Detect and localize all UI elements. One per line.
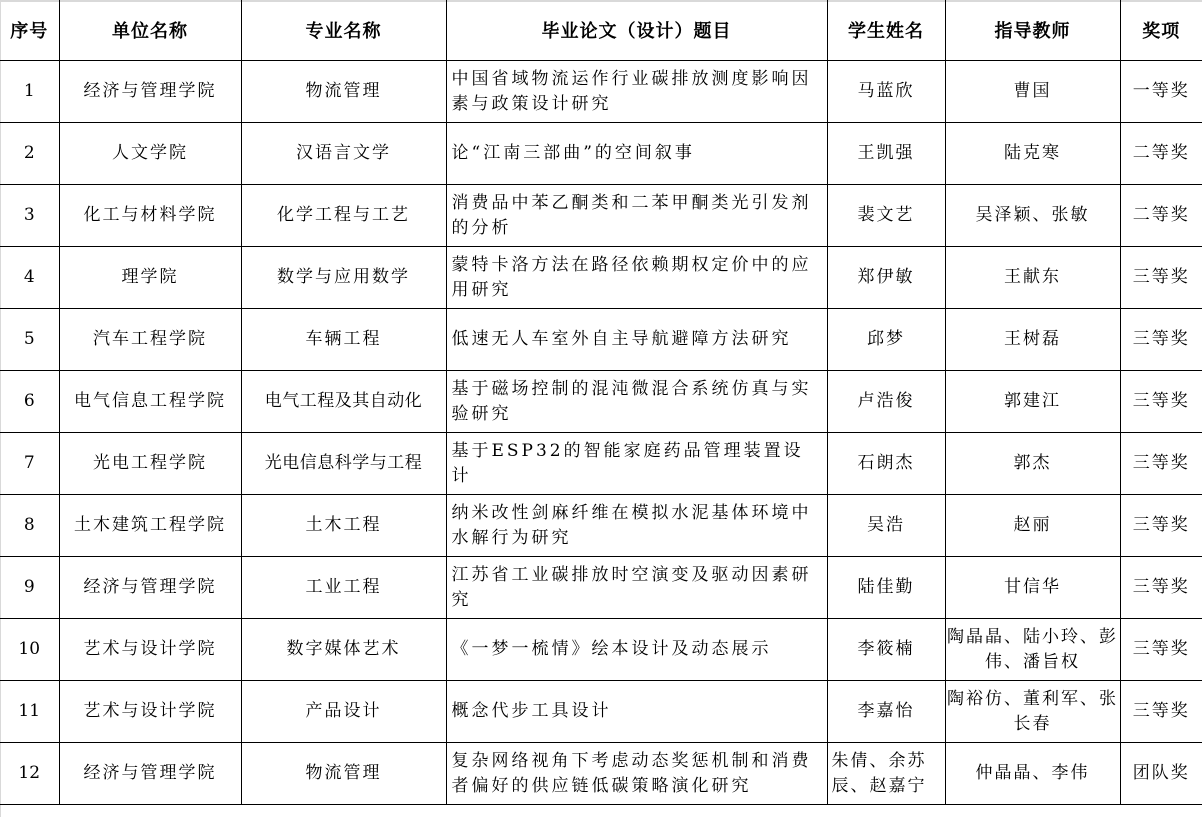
table-row: 4 理学院 数学与应用数学 蒙特卡洛方法在路径依赖期权定价中的应用研究 郑伊敏 …: [0, 247, 1202, 309]
cell-advisor: 王树磊: [945, 309, 1120, 371]
cell-index: 6: [0, 371, 59, 433]
cell-index: 9: [0, 557, 59, 619]
cell-title: 论“江南三部曲”的空间叙事: [446, 123, 827, 185]
cell-title: 消费品中苯乙酮类和二苯甲酮类光引发剂的分析: [446, 185, 827, 247]
cell-index: 12: [0, 743, 59, 805]
cell-advisor: 陶晶晶、陆小玲、彭伟、潘旨权: [945, 619, 1120, 681]
cell-unit: 艺术与设计学院: [59, 681, 241, 743]
cell-student: 马蓝欣: [827, 61, 945, 123]
cell-award: 三等奖: [1120, 681, 1202, 743]
cell-major: 土木工程: [241, 495, 446, 557]
table-row: 10 艺术与设计学院 数字媒体艺术 《一梦一梳情》绘本设计及动态展示 李筱楠 陶…: [0, 619, 1202, 681]
cell-student: 邱梦: [827, 309, 945, 371]
cell-student: 石朗杰: [827, 433, 945, 495]
table-row: 11 艺术与设计学院 产品设计 概念代步工具设计 李嘉怡 陶裕仿、董利军、张长春…: [0, 681, 1202, 743]
table-row: 12 经济与管理学院 物流管理 复杂网络视角下考虑动态奖惩机制和消费者偏好的供应…: [0, 743, 1202, 805]
cell-advisor: 吴泽颖、张敏: [945, 185, 1120, 247]
thesis-awards-table: 序号 单位名称 专业名称 毕业论文（设计）题目 学生姓名 指导教师 奖项 1 经…: [0, 0, 1202, 805]
cell-title: 概念代步工具设计: [446, 681, 827, 743]
cell-title: 基于磁场控制的混沌微混合系统仿真与实验研究: [446, 371, 827, 433]
cell-award: 三等奖: [1120, 309, 1202, 371]
cell-index: 1: [0, 61, 59, 123]
cell-award: 三等奖: [1120, 619, 1202, 681]
cell-advisor: 陆克寒: [945, 123, 1120, 185]
header-unit: 单位名称: [59, 0, 241, 61]
cell-student: 李筱楠: [827, 619, 945, 681]
header-row: 序号 单位名称 专业名称 毕业论文（设计）题目 学生姓名 指导教师 奖项: [0, 0, 1202, 61]
cell-advisor: 郭建江: [945, 371, 1120, 433]
cell-major: 产品设计: [241, 681, 446, 743]
cell-advisor: 陶裕仿、董利军、张长春: [945, 681, 1120, 743]
cell-award: 一等奖: [1120, 61, 1202, 123]
cell-unit: 经济与管理学院: [59, 61, 241, 123]
header-major: 专业名称: [241, 0, 446, 61]
cell-student: 陆佳勤: [827, 557, 945, 619]
cell-advisor: 仲晶晶、李伟: [945, 743, 1120, 805]
cell-advisor: 甘信华: [945, 557, 1120, 619]
table-row: 9 经济与管理学院 工业工程 江苏省工业碳排放时空演变及驱动因素研究 陆佳勤 甘…: [0, 557, 1202, 619]
cell-student: 朱倩、余苏辰、赵嘉宁: [827, 743, 945, 805]
cell-unit: 光电工程学院: [59, 433, 241, 495]
cell-award: 三等奖: [1120, 433, 1202, 495]
cell-unit: 经济与管理学院: [59, 557, 241, 619]
cell-major: 化学工程与工艺: [241, 185, 446, 247]
cell-index: 10: [0, 619, 59, 681]
cell-title: 江苏省工业碳排放时空演变及驱动因素研究: [446, 557, 827, 619]
cell-major: 数学与应用数学: [241, 247, 446, 309]
cell-award: 团队奖: [1120, 743, 1202, 805]
cell-title: 纳米改性剑麻纤维在模拟水泥基体环境中水解行为研究: [446, 495, 827, 557]
cell-unit: 化工与材料学院: [59, 185, 241, 247]
header-award: 奖项: [1120, 0, 1202, 61]
cell-major: 电气工程及其自动化: [241, 371, 446, 433]
header-advisor: 指导教师: [945, 0, 1120, 61]
table-row: 5 汽车工程学院 车辆工程 低速无人车室外自主导航避障方法研究 邱梦 王树磊 三…: [0, 309, 1202, 371]
cell-student: 裴文艺: [827, 185, 945, 247]
cell-index: 7: [0, 433, 59, 495]
cell-unit: 电气信息工程学院: [59, 371, 241, 433]
cell-major: 工业工程: [241, 557, 446, 619]
cell-unit: 土木建筑工程学院: [59, 495, 241, 557]
header-title: 毕业论文（设计）题目: [446, 0, 827, 61]
cell-student: 吴浩: [827, 495, 945, 557]
table-row: 2 人文学院 汉语言文学 论“江南三部曲”的空间叙事 王凯强 陆克寒 二等奖: [0, 123, 1202, 185]
cell-major: 数字媒体艺术: [241, 619, 446, 681]
cell-title: 低速无人车室外自主导航避障方法研究: [446, 309, 827, 371]
cell-student: 郑伊敏: [827, 247, 945, 309]
table-row: 1 经济与管理学院 物流管理 中国省域物流运作行业碳排放测度影响因素与政策设计研…: [0, 61, 1202, 123]
table-row: 3 化工与材料学院 化学工程与工艺 消费品中苯乙酮类和二苯甲酮类光引发剂的分析 …: [0, 185, 1202, 247]
cell-major: 车辆工程: [241, 309, 446, 371]
cell-unit: 经济与管理学院: [59, 743, 241, 805]
cell-award: 二等奖: [1120, 185, 1202, 247]
cell-advisor: 王献东: [945, 247, 1120, 309]
header-index: 序号: [0, 0, 59, 61]
cell-advisor: 赵丽: [945, 495, 1120, 557]
cell-student: 李嘉怡: [827, 681, 945, 743]
cell-title: 基于ESP32的智能家庭药品管理装置设计: [446, 433, 827, 495]
cell-award: 三等奖: [1120, 371, 1202, 433]
cell-unit: 汽车工程学院: [59, 309, 241, 371]
table-row: 8 土木建筑工程学院 土木工程 纳米改性剑麻纤维在模拟水泥基体环境中水解行为研究…: [0, 495, 1202, 557]
cell-index: 11: [0, 681, 59, 743]
cell-award: 二等奖: [1120, 123, 1202, 185]
cell-student: 王凯强: [827, 123, 945, 185]
cell-title: 复杂网络视角下考虑动态奖惩机制和消费者偏好的供应链低碳策略演化研究: [446, 743, 827, 805]
cell-index: 2: [0, 123, 59, 185]
cell-advisor: 郭杰: [945, 433, 1120, 495]
cell-unit: 艺术与设计学院: [59, 619, 241, 681]
cell-title: 《一梦一梳情》绘本设计及动态展示: [446, 619, 827, 681]
cell-index: 3: [0, 185, 59, 247]
cell-award: 三等奖: [1120, 247, 1202, 309]
header-student: 学生姓名: [827, 0, 945, 61]
cell-index: 8: [0, 495, 59, 557]
cell-unit: 人文学院: [59, 123, 241, 185]
cell-advisor: 曹国: [945, 61, 1120, 123]
cell-major: 汉语言文学: [241, 123, 446, 185]
cell-major: 光电信息科学与工程: [241, 433, 446, 495]
cell-title: 中国省域物流运作行业碳排放测度影响因素与政策设计研究: [446, 61, 827, 123]
cell-award: 三等奖: [1120, 557, 1202, 619]
cell-major: 物流管理: [241, 61, 446, 123]
cell-title: 蒙特卡洛方法在路径依赖期权定价中的应用研究: [446, 247, 827, 309]
cell-unit: 理学院: [59, 247, 241, 309]
cell-index: 4: [0, 247, 59, 309]
cell-student: 卢浩俊: [827, 371, 945, 433]
cell-major: 物流管理: [241, 743, 446, 805]
table-row: 6 电气信息工程学院 电气工程及其自动化 基于磁场控制的混沌微混合系统仿真与实验…: [0, 371, 1202, 433]
cell-award: 三等奖: [1120, 495, 1202, 557]
cell-index: 5: [0, 309, 59, 371]
table-row: 7 光电工程学院 光电信息科学与工程 基于ESP32的智能家庭药品管理装置设计 …: [0, 433, 1202, 495]
